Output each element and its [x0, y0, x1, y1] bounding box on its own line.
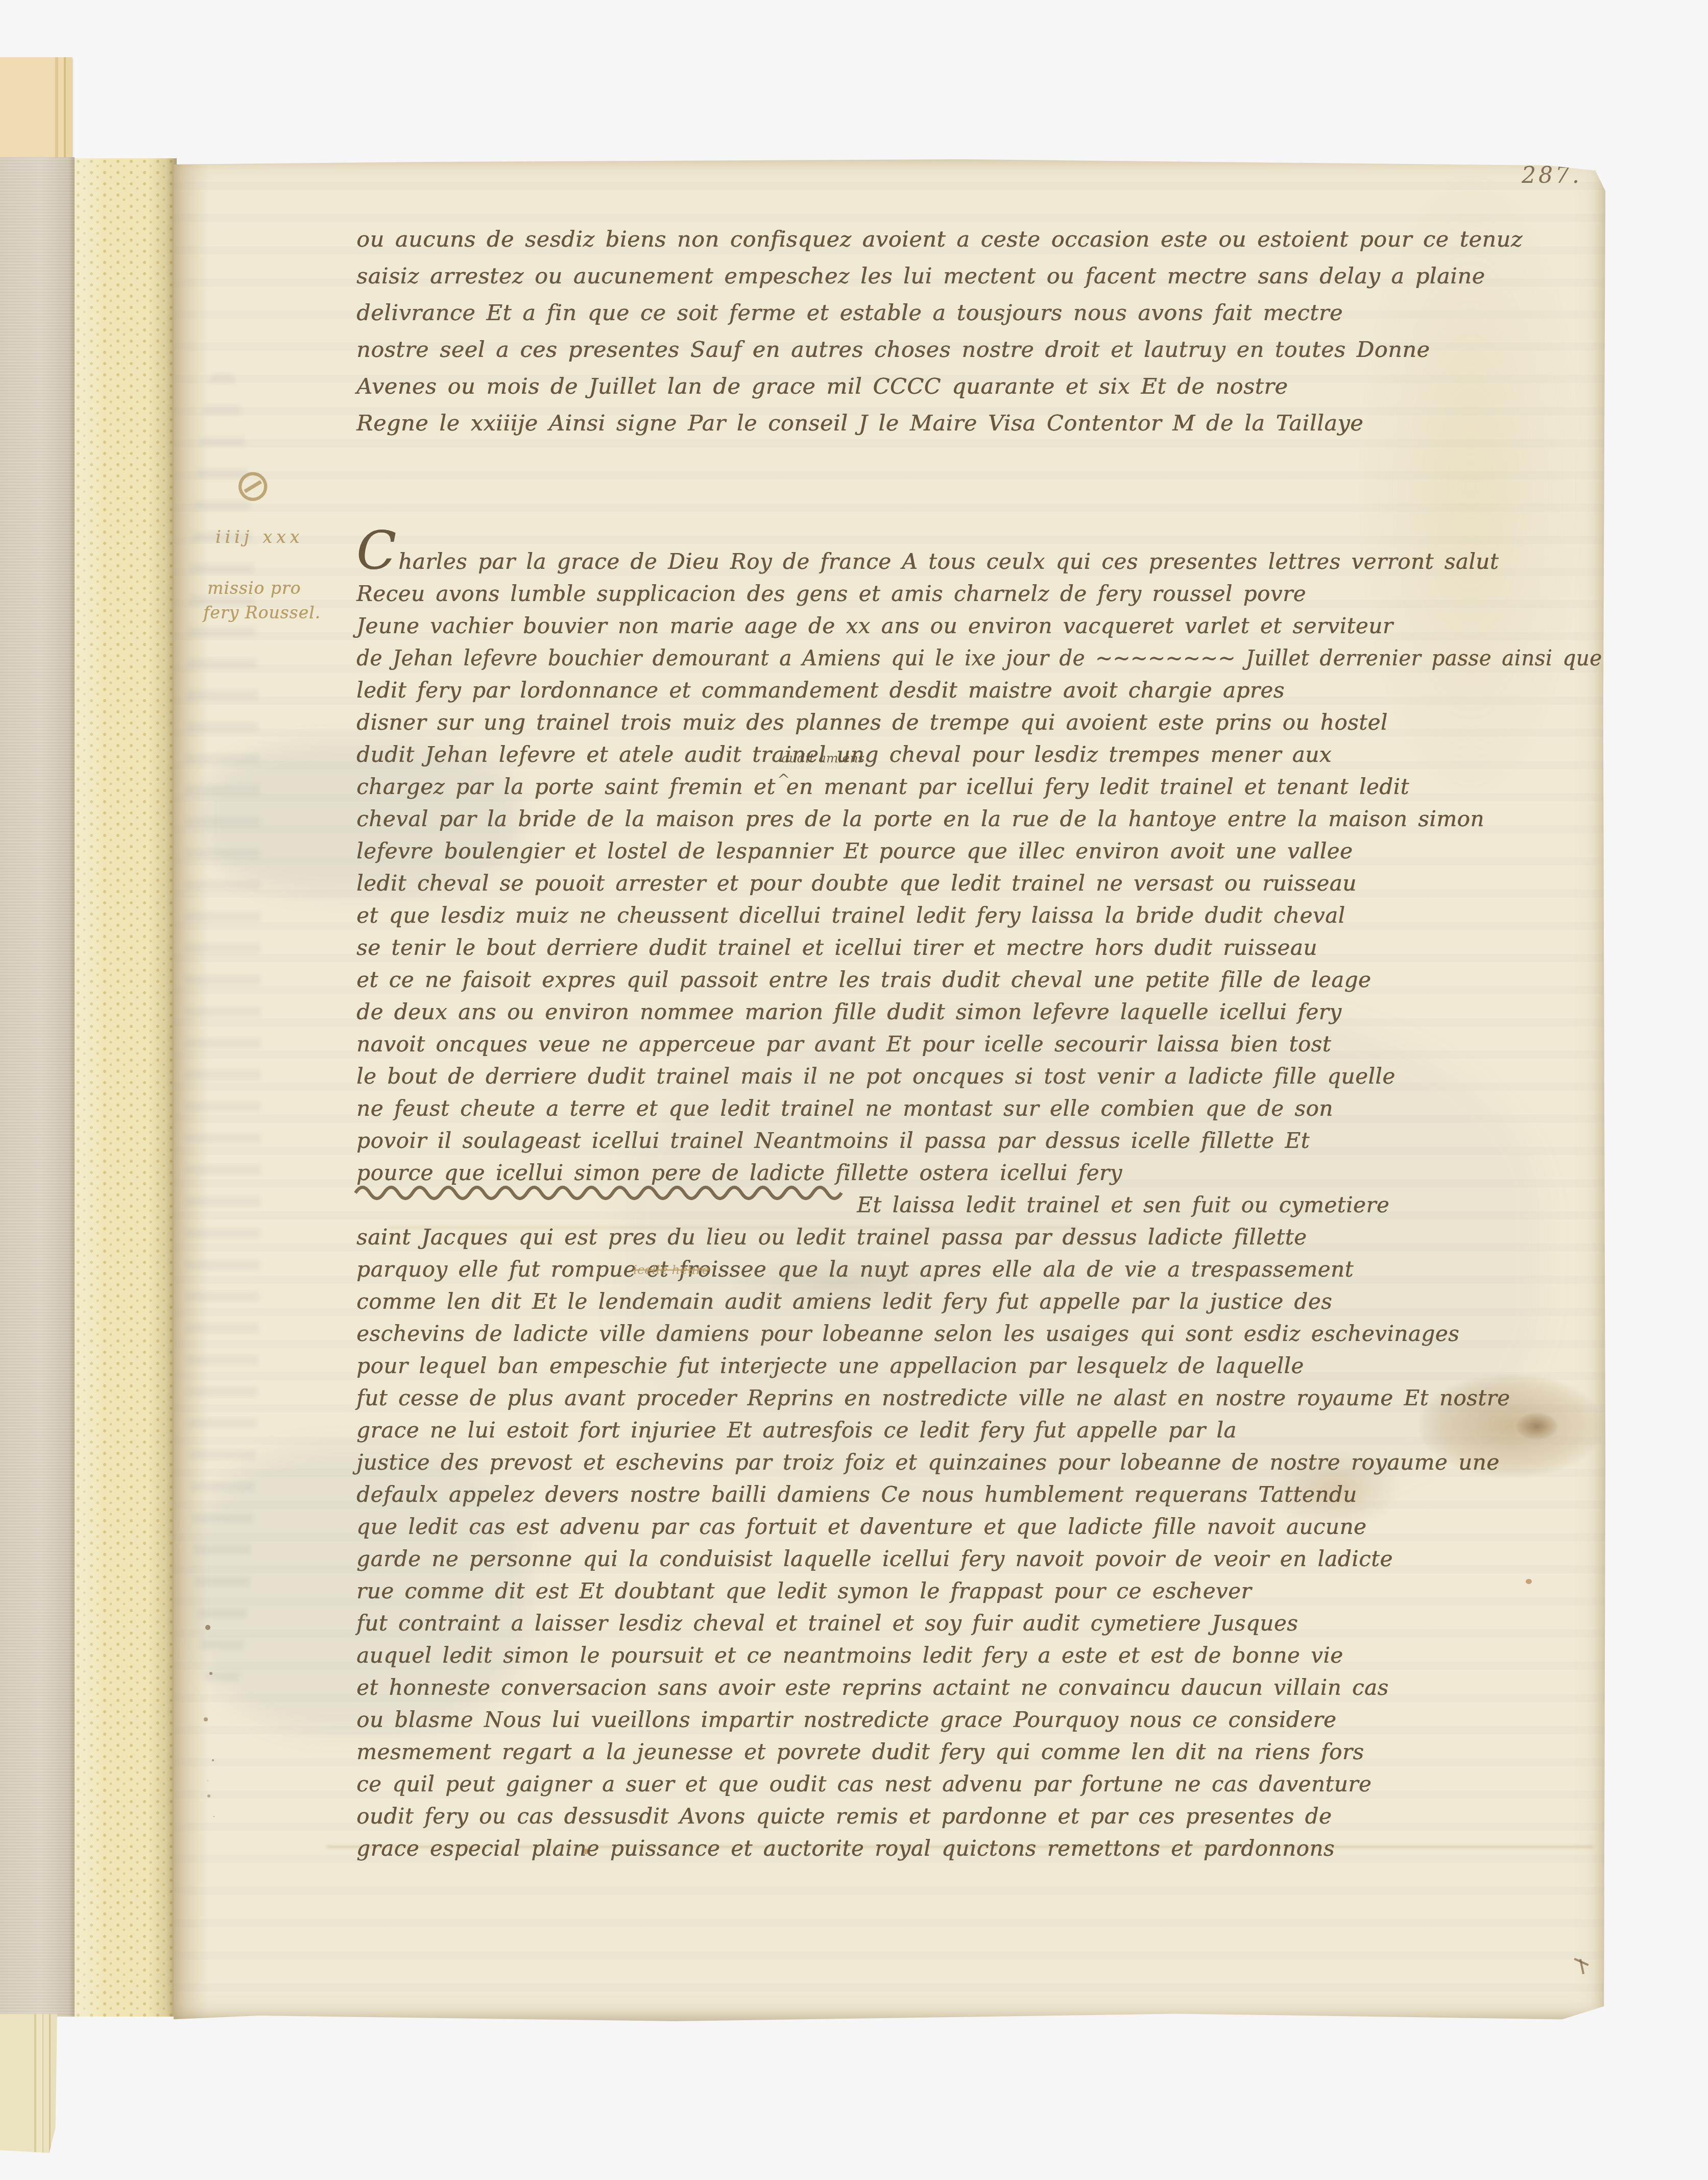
cancellation-squiggle — [353, 1184, 864, 1201]
manuscript-line: justice des prevost et eschevins par tro… — [356, 1446, 1602, 1478]
corner-ink-marks — [1571, 1958, 1601, 1978]
manuscript-line: le bout de derriere dudit trainel mais i… — [356, 1060, 1602, 1092]
margin-note: missio pro — [203, 578, 356, 598]
underlying-folio-stack-bottom — [0, 2014, 57, 2153]
manuscript-line: grace especial plaine puissance et aucto… — [356, 1832, 1602, 1864]
underlying-folio-edge-parchment — [75, 158, 177, 2017]
manuscript-line: nostre seel a ces presentes Sauf en autr… — [356, 331, 1600, 368]
ink-specks — [205, 1625, 210, 1630]
manuscript-line: mesmement regart a la jeunesse et povret… — [356, 1736, 1602, 1768]
insertion-caret-icon: ^ — [777, 771, 790, 789]
manuscript-line: navoit oncques veue ne apperceue par ava… — [356, 1028, 1602, 1060]
manuscript-line: cheval par la bride de la maison pres de… — [356, 803, 1602, 835]
manuscript-line: rue comme dit est Et doubtant que ledit … — [356, 1575, 1602, 1607]
manuscript-line: ou blasme Nous lui vueillons impartir no… — [356, 1704, 1602, 1736]
manuscript-line: dudit Jehan lefevre et atele audit train… — [356, 738, 1602, 771]
manuscript-line: ne feust cheute a terre et que ledit tra… — [356, 1092, 1602, 1124]
manuscript-line: Avenes ou mois de Juillet lan de grace m… — [356, 368, 1600, 405]
manuscript-line: ledit fery par lordonnance et commandeme… — [356, 674, 1602, 706]
manuscript-line: garde ne personne qui la conduisist laqu… — [356, 1543, 1602, 1575]
manuscript-line: Et laissa ledit trainel et sen fuit ou c… — [857, 1189, 1602, 1221]
folio-number: 287. — [1522, 162, 1582, 188]
manuscript-line: et que lesdiz muiz ne cheussent dicellui… — [356, 899, 1602, 931]
manuscript-line: de Jehan lefevre bouchier demourant a Am… — [356, 642, 1555, 674]
manuscript-line: et ce ne faisoit expres quil passoit ent… — [356, 964, 1602, 996]
manuscript-line: parquoy elle fut rompue et froissee que … — [356, 1253, 1602, 1285]
manuscript-line: delivrance Et a fin que ce soit ferme et… — [356, 295, 1600, 331]
paraph-mark-icon: ⊘ — [201, 454, 359, 531]
manuscript-line: oudit fery ou cas dessusdit Avons quicte… — [356, 1800, 1602, 1832]
manuscript-line: disner sur ung trainel trois muiz des pl… — [356, 706, 1602, 738]
manuscript-line: Charles par la grace de Dieu Roy de fran… — [356, 535, 1602, 578]
page-gutter-shading — [174, 159, 209, 2021]
manuscript-line: chargez par la porte saint fremin et en … — [356, 771, 1602, 803]
manuscript-page: 287. ou aucuns de sesdiz biens non confi… — [174, 159, 1605, 2021]
margin-note: fery Roussel. — [203, 603, 356, 623]
manuscript-line: defaulx appelez devers nostre bailli dam… — [356, 1478, 1602, 1511]
underlying-folio-edge-gray — [0, 157, 75, 2017]
manuscript-line: fut contraint a laisser lesdiz cheval et… — [356, 1607, 1602, 1639]
manuscript-line: lefevre boulengier et lostel de lespanni… — [356, 835, 1602, 867]
manuscript-line: que ledit cas est advenu par cas fortuit… — [356, 1511, 1602, 1543]
photo-backdrop: 287. ou aucuns de sesdiz biens non confi… — [0, 0, 1708, 2180]
interlinear-addition: audit amiens — [781, 751, 864, 765]
manuscript-line: povoir il soulageast icellui trainel Nea… — [356, 1124, 1602, 1157]
manuscript-line: se tenir le bout derriere dudit trainel … — [356, 931, 1602, 964]
manuscript-line: ce quil peut gaigner a suer et que oudit… — [356, 1768, 1602, 1800]
manuscript-line: Jeune vachier bouvier non marie aage de … — [356, 610, 1602, 642]
manuscript-line: saisiz arrestez ou aucunement empeschez … — [356, 258, 1600, 295]
manuscript-line: ou aucuns de sesdiz biens non confisquez… — [356, 221, 1600, 258]
manuscript-line: auquel ledit simon le poursuit et ce nea… — [356, 1639, 1602, 1671]
manuscript-line: de deux ans ou environ nommee marion fil… — [356, 996, 1602, 1028]
manuscript-line: ledit cheval se pouoit arrester et pour … — [356, 867, 1602, 899]
closing-paragraph: ou aucuns de sesdiz biens non confisquez… — [356, 221, 1600, 442]
manuscript-line: grace ne lui estoit fort injuriee Et aut… — [356, 1414, 1602, 1446]
manuscript-line: et honneste conversacion sans avoir este… — [356, 1671, 1602, 1704]
manuscript-line: eschevins de ladicte ville damiens pour … — [356, 1317, 1602, 1350]
manuscript-line: fut cesse de plus avant proceder Reprins… — [356, 1382, 1602, 1414]
manuscript-line: pour lequel ban empeschie fut interjecte… — [356, 1350, 1602, 1382]
manuscript-line: comme len dit Et le lendemain audit amie… — [356, 1285, 1602, 1317]
manuscript-line: Receu avons lumble supplicacion des gens… — [356, 578, 1602, 610]
interlinear-cancelled: icelle heure — [633, 1262, 709, 1277]
manuscript-line: saint Jacques qui est pres du lieu ou le… — [356, 1221, 1602, 1253]
underlying-folio-corner — [0, 57, 73, 160]
manuscript-line: Regne le xxiiije Ainsi signe Par le cons… — [356, 405, 1600, 442]
margin-annotation: ⊘ iiij xxx missio pro fery Roussel. — [203, 472, 356, 623]
margin-note: iiij xxx — [203, 527, 356, 547]
